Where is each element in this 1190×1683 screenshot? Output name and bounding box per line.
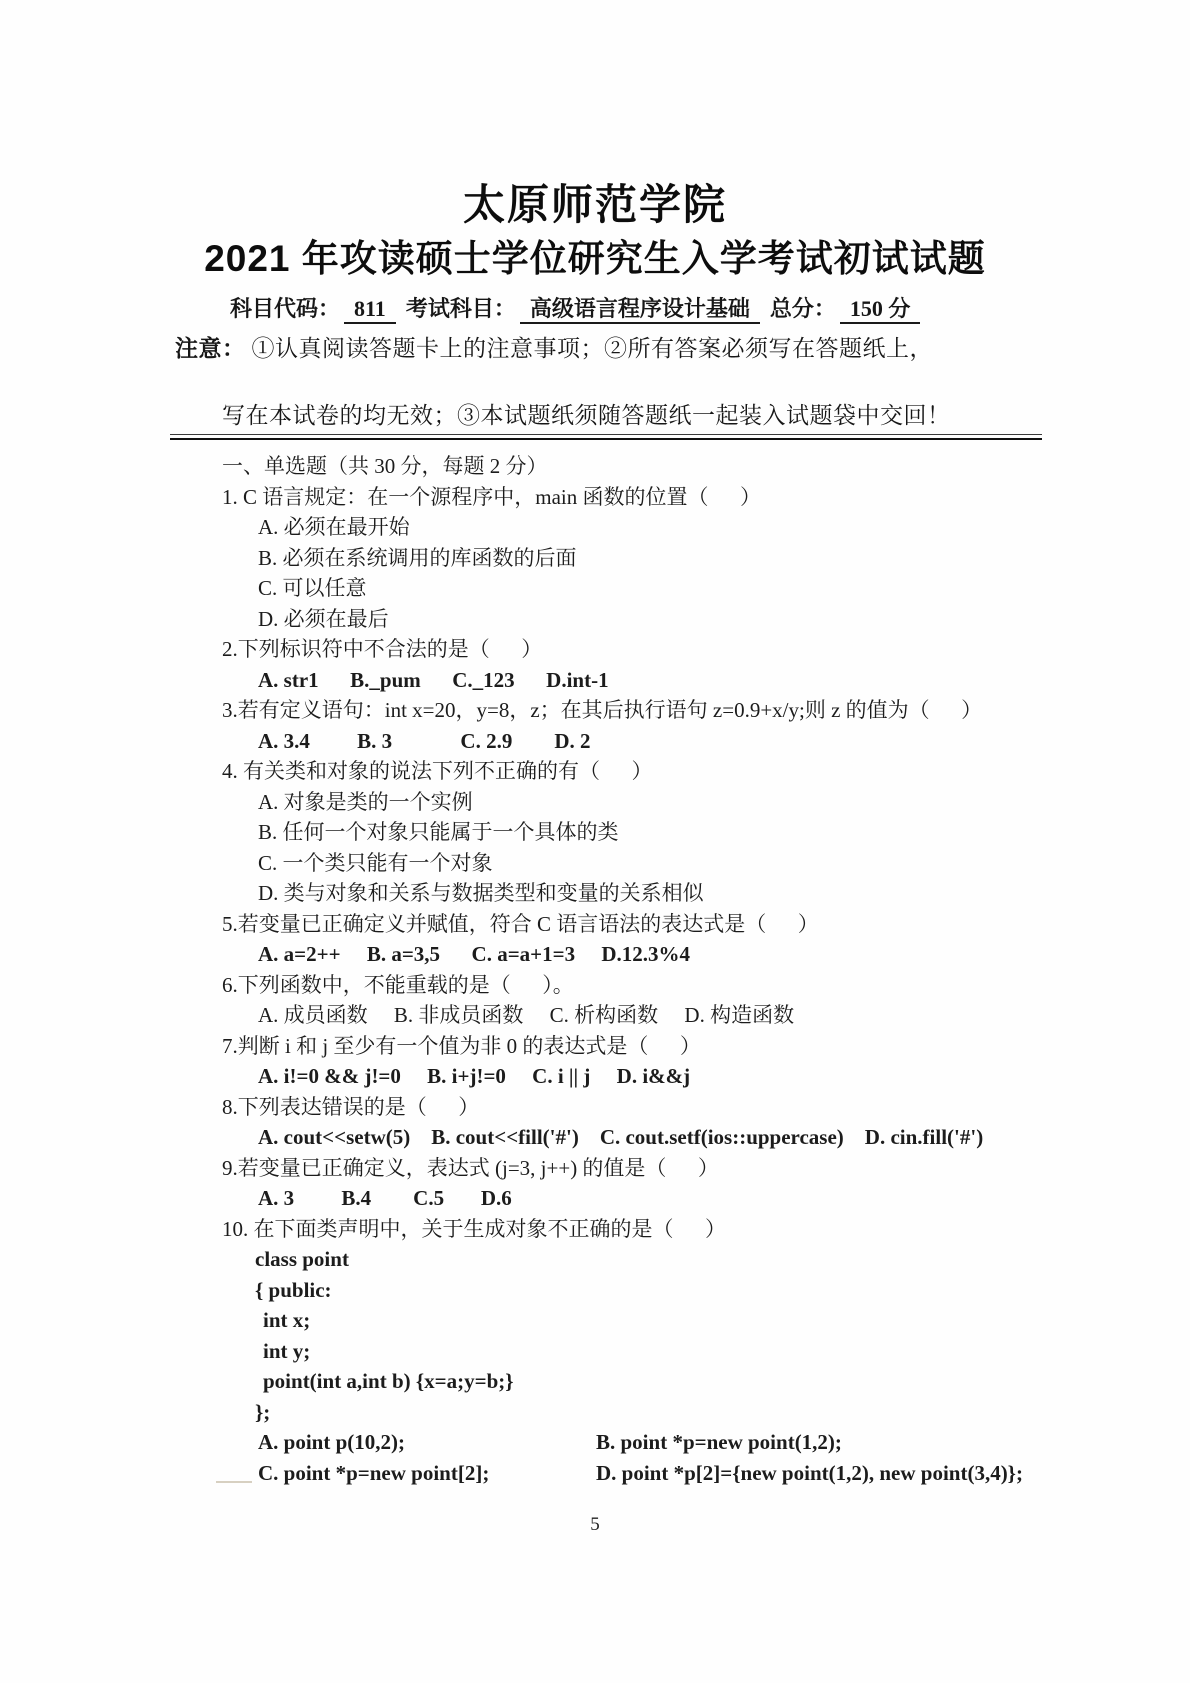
page-title-exam: 2021 年攻读硕士学位研究生入学考试初试试题 xyxy=(0,228,1190,282)
code-line-1: class point xyxy=(255,1244,1162,1275)
subject-code-label: 科目代码： xyxy=(230,296,340,321)
divider-rule xyxy=(170,434,1042,440)
question-4-option-a: A. 对象是类的一个实例 xyxy=(258,787,1162,818)
question-7-options: A. i!=0 && j!=0 B. i+j!=0 C. i || j D. i… xyxy=(258,1061,1162,1092)
question-10-options-cd: C. point *p=new point[2];D. point *p[2]=… xyxy=(258,1458,1162,1489)
code-line-3: int x; xyxy=(263,1305,1162,1336)
code-line-5: point(int a,int b) {x=a;y=b;} xyxy=(263,1366,1162,1397)
section-title: 一、单选题（共 30 分，每题 2 分） xyxy=(222,451,1162,482)
question-4: 4. 有关类和对象的说法下列不正确的有（ ） xyxy=(222,756,1162,787)
question-3: 3.若有定义语句：int x=20，y=8，z；在其后执行语句 z=0.9+x/… xyxy=(222,695,1162,726)
question-9: 9.若变量已正确定义，表达式 (j=3, j++) 的值是（ ） xyxy=(222,1153,1162,1184)
question-area: 一、单选题（共 30 分，每题 2 分）1. C 语言规定：在一个源程序中，ma… xyxy=(222,451,1162,1488)
subject-name-value: 高级语言程序设计基础 xyxy=(520,296,760,324)
page-title-school: 太原师范学院 xyxy=(0,172,1190,232)
question-3-options: A. 3.4 B. 3 C. 2.9 D. 2 xyxy=(258,726,1162,757)
question-10-options-ab: A. point p(10,2);B. point *p=new point(1… xyxy=(258,1427,1162,1458)
question-2: 2.下列标识符中不合法的是（ ） xyxy=(222,634,1162,665)
notice-line-1: 注意：①认真阅读答题卡上的注意事项；②所有答案必须写在答题纸上， xyxy=(175,330,933,363)
subject-line: 科目代码：811考试科目：高级语言程序设计基础总分：150 分 xyxy=(230,292,930,323)
page-number: 5 xyxy=(0,1514,1190,1536)
question-1-option-a: A. 必须在最开始 xyxy=(258,512,1162,543)
option-cell: C. point *p=new point[2]; xyxy=(258,1458,596,1489)
question-5-options: A. a=2++ B. a=3,5 C. a=a+1=3 D.12.3%4 xyxy=(258,939,1162,970)
question-7: 7.判断 i 和 j 至少有一个值为非 0 的表达式是（ ） xyxy=(222,1031,1162,1062)
question-1-option-c: C. 可以任意 xyxy=(258,573,1162,604)
total-score-label: 总分： xyxy=(770,296,836,321)
question-6: 6.下列函数中，不能重载的是（ ）。 xyxy=(222,970,1162,1001)
option-cell: A. point p(10,2); xyxy=(258,1427,596,1458)
exam-page: 太原师范学院 2021 年攻读硕士学位研究生入学考试初试试题 科目代码：811考… xyxy=(0,0,1190,1683)
notice-text-1: ①认真阅读答题卡上的注意事项；②所有答案必须写在答题纸上， xyxy=(252,336,934,361)
total-score-value: 150 分 xyxy=(840,296,921,324)
question-1-option-d: D. 必须在最后 xyxy=(258,604,1162,635)
code-line-2: { public: xyxy=(255,1275,1162,1306)
question-1: 1. C 语言规定：在一个源程序中，main 函数的位置（ ） xyxy=(222,482,1162,513)
subject-code-value: 811 xyxy=(344,296,396,324)
question-2-options: A. str1 B._pum C._123 D.int-1 xyxy=(258,665,1162,696)
question-4-option-c: C. 一个类只能有一个对象 xyxy=(258,848,1162,879)
question-4-option-b: B. 任何一个对象只能属于一个具体的类 xyxy=(258,817,1162,848)
option-cell: D. point *p[2]={new point(1,2), new poin… xyxy=(596,1461,1023,1485)
scan-artifact-line xyxy=(216,1481,252,1483)
notice-label: 注意： xyxy=(175,336,246,361)
question-6-options: A. 成员函数 B. 非成员函数 C. 析构函数 D. 构造函数 xyxy=(258,1000,1162,1031)
question-10: 10. 在下面类声明中，关于生成对象不正确的是（ ） xyxy=(222,1214,1162,1245)
option-cell: B. point *p=new point(1,2); xyxy=(596,1430,842,1454)
question-1-option-b: B. 必须在系统调用的库函数的后面 xyxy=(258,543,1162,574)
subject-name-label: 考试科目： xyxy=(406,296,516,321)
question-9-options: A. 3 B.4 C.5 D.6 xyxy=(258,1183,1162,1214)
code-line-6: }; xyxy=(255,1397,1162,1428)
question-8-options: A. cout<<setw(5) B. cout<<fill('#') C. c… xyxy=(258,1122,1162,1153)
question-4-option-d: D. 类与对象和关系与数据类型和变量的关系相似 xyxy=(258,878,1162,909)
question-5: 5.若变量已正确定义并赋值，符合 C 语言语法的表达式是（ ） xyxy=(222,909,1162,940)
notice-line-2: 写在本试卷的均无效；③本试题纸须随答题纸一起装入试题袋中交回！ xyxy=(222,397,951,430)
code-line-4: int y; xyxy=(263,1336,1162,1367)
question-8: 8.下列表达错误的是（ ） xyxy=(222,1092,1162,1123)
